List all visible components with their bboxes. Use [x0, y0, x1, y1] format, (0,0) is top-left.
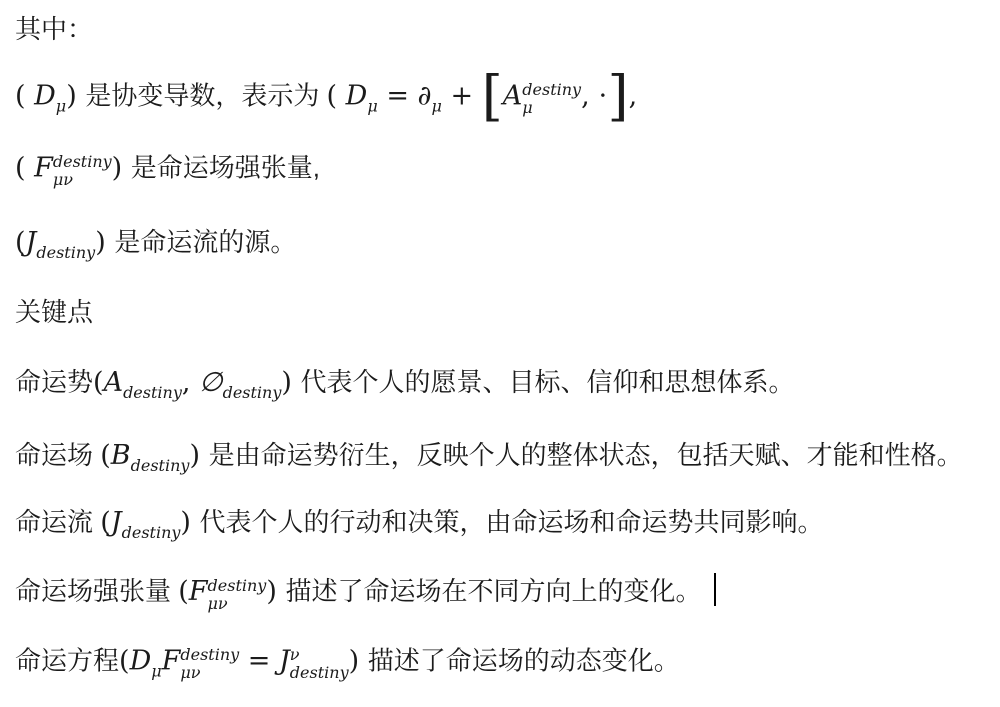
- subscript-munu: μν: [208, 595, 267, 613]
- current-desc-text: 是命运流的源。: [114, 227, 296, 257]
- paren-open: (: [100, 440, 111, 471]
- math-J: J: [111, 507, 122, 538]
- intro-line: 其中：: [15, 16, 93, 42]
- equation-desc-text: 描述了命运场的动态变化。: [368, 645, 680, 675]
- superscript-destiny: destiny: [180, 646, 239, 664]
- paren-close: ): [281, 367, 300, 398]
- subscript-munu: μν: [53, 171, 112, 189]
- current-source-line: (Jdestiny) 是命运流的源。: [15, 229, 296, 256]
- subscript-mu: μ: [367, 96, 377, 115]
- paren-open: (: [93, 367, 104, 398]
- paren-close: ): [266, 576, 285, 607]
- subscript-destiny: destiny: [36, 243, 95, 262]
- tensor-lead-text: 命运场强张量: [15, 576, 178, 606]
- equals-sign: =: [239, 645, 279, 676]
- big-right-bracket: ]: [608, 64, 629, 127]
- math-phi: ∅: [199, 367, 223, 398]
- paren-open: (: [15, 152, 34, 183]
- subscript-destiny: destiny: [223, 383, 282, 402]
- paren-close: ): [189, 440, 208, 471]
- comma-cdot: , ⋅: [581, 80, 607, 111]
- superscript-nu: ν: [290, 646, 349, 664]
- math-A: A: [503, 80, 523, 111]
- F-scripts: destinyμν: [53, 153, 112, 190]
- equals-sign: =: [378, 80, 418, 111]
- J-scripts: νdestiny: [290, 646, 349, 683]
- subscript-destiny: destiny: [290, 664, 349, 682]
- math-B: B: [111, 440, 131, 471]
- math-F: F: [34, 152, 53, 183]
- math-J: J: [26, 227, 37, 258]
- superscript-destiny: destiny: [208, 577, 267, 595]
- subscript-mu: μ: [522, 99, 581, 117]
- equation-lead-text: 命运方程: [15, 645, 119, 675]
- text-cursor: [714, 573, 716, 606]
- paren-close: ): [112, 152, 131, 183]
- paren-open: (: [15, 227, 26, 258]
- field-lead-text: 命运场: [15, 440, 100, 470]
- big-left-bracket: [: [482, 64, 503, 127]
- comma: ,: [182, 367, 199, 398]
- paren-close: ): [180, 507, 199, 538]
- math-F: F: [162, 645, 181, 676]
- keypoints-heading: 关键点: [15, 299, 93, 325]
- subscript-mu: μ: [151, 661, 161, 680]
- equation-line: 命运方程(DμFdestinyμν = Jνdestiny) 描述了命运场的动态…: [15, 646, 680, 683]
- trailing-comma: ,: [629, 80, 638, 111]
- superscript-destiny: destiny: [53, 153, 112, 171]
- field-line: 命运场 (Bdestiny) 是由命运势衍生，反映个人的整体状态，包括天赋、才能…: [15, 442, 963, 469]
- subscript-munu: μν: [180, 664, 239, 682]
- flow-lead-text: 命运流: [15, 507, 100, 537]
- field-strength-line: ( Fdestinyμν) 是命运场强张量,: [15, 153, 320, 190]
- tensor-line: 命运场强张量 (Fdestinyμν) 描述了命运场在不同方向上的变化。: [15, 573, 716, 613]
- paren-open: (: [327, 80, 346, 111]
- paren-close: ): [349, 645, 368, 676]
- subscript-destiny: destiny: [122, 523, 181, 542]
- field-strength-desc-text: 是命运场强张量,: [131, 152, 320, 182]
- paren-open: (: [178, 576, 189, 607]
- intro-text: 其中：: [15, 14, 93, 44]
- F-scripts: destinyμν: [208, 577, 267, 614]
- subscript-destiny: destiny: [123, 383, 182, 402]
- paren-close: ): [95, 227, 114, 258]
- keypoints-heading-text: 关键点: [15, 297, 93, 327]
- potential-desc-text: 代表个人的愿景、目标、信仰和思想体系。: [301, 367, 795, 397]
- subscript-mu: μ: [56, 96, 66, 115]
- document-canvas[interactable]: 其中： ( Dμ) 是协变导数，表示为 ( Dμ = ∂μ + [Adestin…: [0, 0, 1000, 707]
- A-scripts: destinyμ: [522, 81, 581, 118]
- math-F: F: [189, 576, 208, 607]
- superscript-destiny: destiny: [522, 81, 581, 99]
- paren-open: (: [100, 507, 111, 538]
- plus-sign: +: [442, 80, 482, 111]
- F-scripts: destinyμν: [180, 646, 239, 683]
- math-D: D: [34, 80, 56, 111]
- math-D: D: [346, 80, 368, 111]
- field-desc-text: 是由命运势衍生，反映个人的整体状态，包括天赋、才能和性格。: [209, 440, 963, 470]
- paren-open: (: [15, 80, 34, 111]
- covariant-desc-text: 是协变导数，表示为: [85, 80, 326, 110]
- math-D: D: [130, 645, 152, 676]
- math-A: A: [104, 367, 124, 398]
- paren-open: (: [119, 645, 130, 676]
- paren-close: ): [66, 80, 85, 111]
- math-J: J: [279, 645, 290, 676]
- tensor-desc-text: 描述了命运场在不同方向上的变化。: [285, 576, 701, 606]
- math-partial: ∂: [418, 80, 432, 111]
- covariant-derivative-line: ( Dμ) 是协变导数，表示为 ( Dμ = ∂μ + [Adestinyμ, …: [15, 81, 637, 118]
- potential-lead-text: 命运势: [15, 367, 93, 397]
- potential-line: 命运势(Adestiny, ∅destiny) 代表个人的愿景、目标、信仰和思想…: [15, 369, 795, 396]
- subscript-destiny: destiny: [131, 456, 190, 475]
- flow-line: 命运流 (Jdestiny) 代表个人的行动和决策，由命运场和命运势共同影响。: [15, 509, 824, 536]
- flow-desc-text: 代表个人的行动和决策，由命运场和命运势共同影响。: [200, 507, 824, 537]
- subscript-mu: μ: [432, 96, 442, 115]
